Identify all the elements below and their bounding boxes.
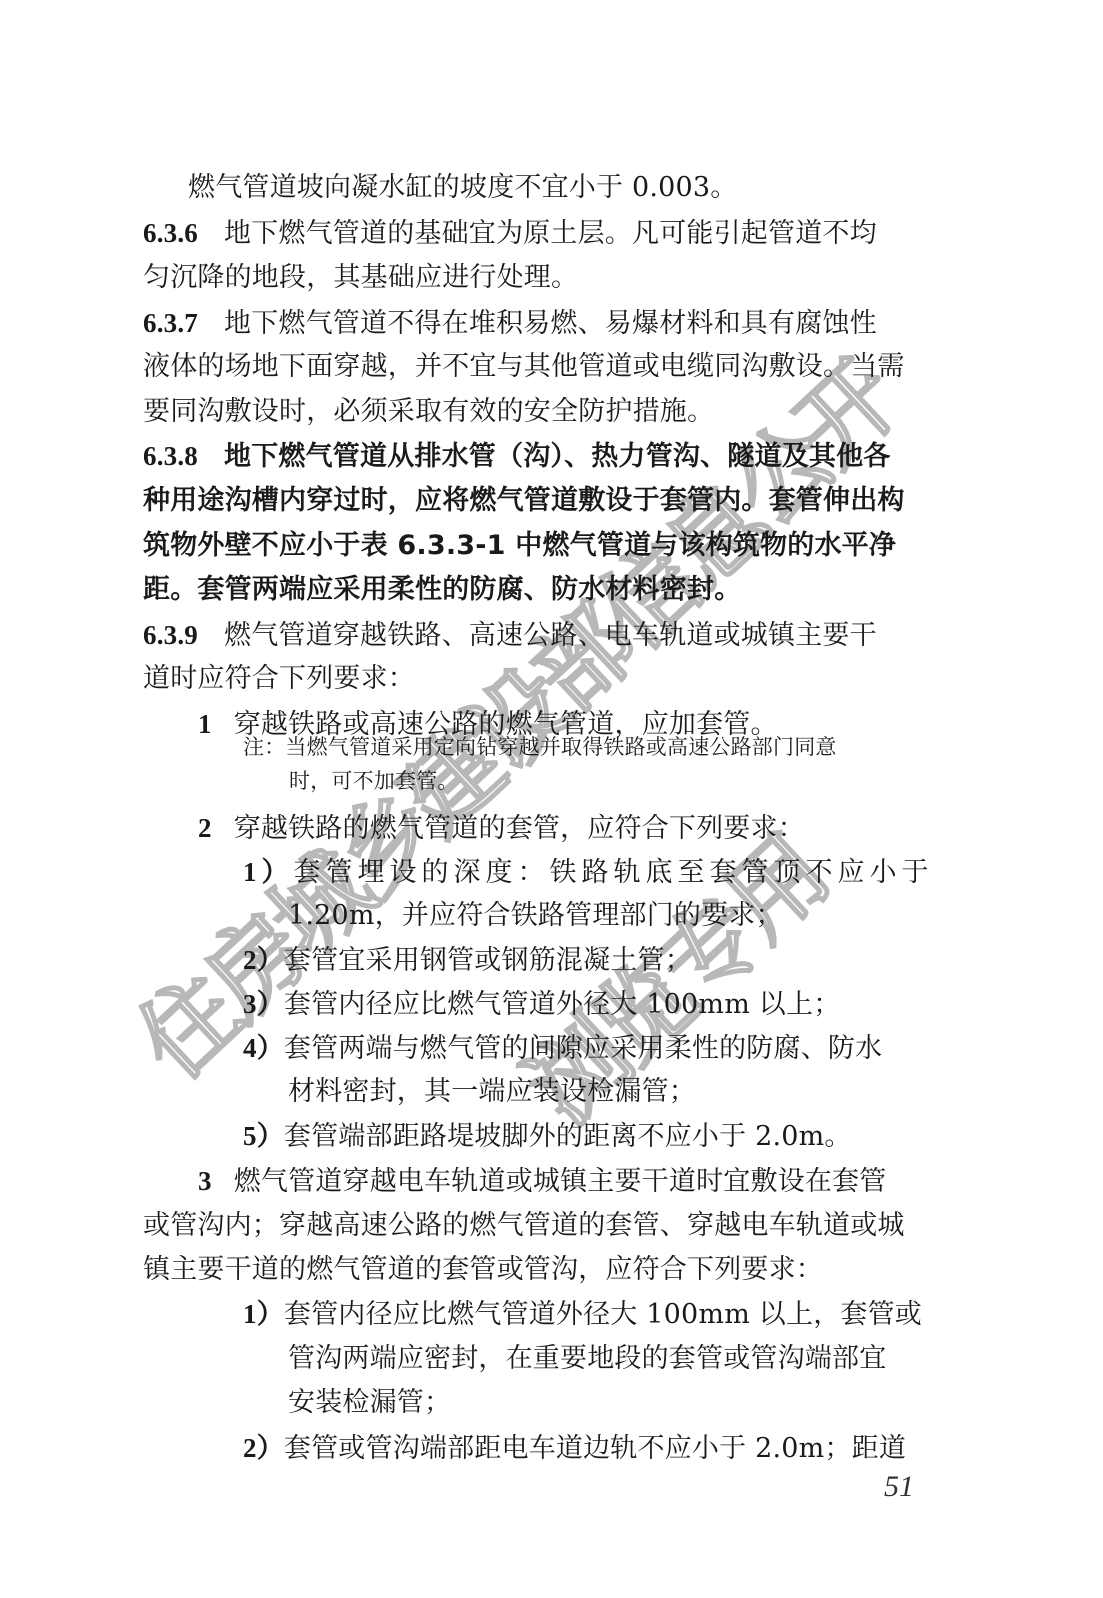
line-text: 套管两端与燃气管的间隙应采用柔性的防腐、防水 — [284, 1033, 882, 1064]
line-text: 种用途沟槽内穿过时，应将燃气管道敷设于套管内。套管伸出构 — [143, 485, 905, 516]
clause-6-3-7: 6.3.7地下燃气管道不得在堆积易燃、易爆材料和具有腐蚀性 — [143, 307, 943, 340]
sub-item-5: 5）套管端部距路堤坡脚外的距离不应小于 2.0m。 — [243, 1120, 1043, 1153]
line-text: 道时应符合下列要求： — [143, 663, 415, 694]
paragraph-line: 燃气管道坡向凝水缸的坡度不宜小于 0.003。 — [188, 172, 988, 204]
paragraph-line: 距。套管两端应采用柔性的防腐、防水材料密封。 — [143, 574, 943, 606]
item-number: 1） — [243, 857, 294, 887]
line-text: 套管内径应比燃气管道外径大 100mm 以上，套管或 — [284, 1299, 922, 1330]
paragraph-line: 要同沟敷设时，必须采取有效的安全防护措施。 — [143, 396, 943, 428]
line-text: 匀沉降的地段，其基础应进行处理。 — [143, 262, 578, 293]
line-text: 或管沟内；穿越高速公路的燃气管道的套管、穿越电车轨道或城 — [143, 1210, 905, 1241]
line-text: 地下燃气管道的基础宜为原土层。凡可能引起管道不均 — [224, 218, 877, 249]
item-number: 2 — [198, 813, 212, 843]
sub-item-2: 2）套管或管沟端部距电车道边轨不应小于 2.0m；距道 — [243, 1432, 1043, 1465]
document-page: 住房城乡建设部信息公开 浏览专用 燃气管道坡向凝水缸的坡度不宜小于 0.003。… — [0, 0, 1103, 1598]
sub-item-1: 1）套管埋设的深度：铁路轨底至套管顶不应小于 — [243, 856, 1043, 889]
paragraph-line: 镇主要干道的燃气管道的套管或管沟，应符合下列要求： — [143, 1254, 943, 1286]
paragraph-line: 或管沟内；穿越高速公路的燃气管道的套管、穿越电车轨道或城 — [143, 1210, 943, 1242]
note-label: 注： — [243, 735, 285, 759]
line-text: 燃气管道坡向凝水缸的坡度不宜小于 0.003。 — [188, 172, 737, 203]
item-number: 1 — [198, 709, 212, 739]
line-text: 穿越铁路的燃气管道的套管，应符合下列要求： — [234, 813, 805, 844]
paragraph-line: 液体的场地下面穿越，并不宜与其他管道或电缆同沟敷设。当需 — [143, 351, 943, 383]
clause-6-3-6: 6.3.6地下燃气管道的基础宜为原土层。凡可能引起管道不均 — [143, 217, 943, 250]
line-text: 套管或管沟端部距电车道边轨不应小于 2.0m；距道 — [284, 1433, 906, 1464]
line-text: 镇主要干道的燃气管道的套管或管沟，应符合下列要求： — [143, 1254, 823, 1285]
line-text: 筑物外壁不应小于表 6.3.3-1 中燃气管道与该构筑物的水平净 — [143, 530, 896, 561]
clause-number: 6.3.7 — [143, 308, 198, 338]
line-text: 燃气管道穿越电车轨道或城镇主要干道时宜敷设在套管 — [234, 1166, 887, 1197]
line-text: 套管埋设的深度：铁路轨底至套管顶不应小于 — [294, 857, 934, 888]
item-number: 4） — [243, 1033, 284, 1063]
item-number: 3 — [198, 1166, 212, 1196]
paragraph-line: 匀沉降的地段，其基础应进行处理。 — [143, 262, 943, 294]
line-text: 材料密封，其一端应装设检漏管； — [288, 1076, 696, 1107]
sub-item-continuation: 安装检漏管； — [288, 1387, 1088, 1419]
line-text: 套管宜采用钢管或钢筋混凝土管； — [284, 945, 692, 976]
line-text: 地下燃气管道从排水管（沟）、热力管沟、隧道及其他各 — [224, 441, 891, 472]
item-number: 2） — [243, 1433, 284, 1463]
clause-number: 6.3.8 — [143, 441, 198, 471]
item-number: 5） — [243, 1121, 284, 1151]
line-text: 套管内径应比燃气管道外径大 100mm 以上； — [284, 989, 841, 1020]
list-item-2: 2穿越铁路的燃气管道的套管，应符合下列要求： — [198, 812, 998, 845]
sub-item-1: 1）套管内径应比燃气管道外径大 100mm 以上，套管或 — [243, 1298, 1043, 1331]
note: 注：当燃气管道采用定向钻穿越并取得铁路或高速公路部门同意 — [243, 734, 1043, 760]
list-item-3: 3燃气管道穿越电车轨道或城镇主要干道时宜敷设在套管 — [198, 1165, 998, 1198]
clause-number: 6.3.9 — [143, 620, 198, 650]
paragraph-line: 筑物外壁不应小于表 6.3.3-1 中燃气管道与该构筑物的水平净 — [143, 530, 943, 562]
line-text: 安装检漏管； — [288, 1387, 451, 1418]
sub-item-continuation: 1.20m，并应符合铁路管理部门的要求； — [288, 900, 1088, 932]
sub-item-4: 4）套管两端与燃气管的间隙应采用柔性的防腐、防水 — [243, 1032, 1043, 1065]
item-number: 1） — [243, 1299, 284, 1329]
line-text: 地下燃气管道不得在堆积易燃、易爆材料和具有腐蚀性 — [224, 308, 877, 339]
sub-item-2: 2）套管宜采用钢管或钢筋混凝土管； — [243, 944, 1043, 977]
paragraph-line: 道时应符合下列要求： — [143, 663, 943, 695]
line-text: 要同沟敷设时，必须采取有效的安全防护措施。 — [143, 396, 714, 427]
item-number: 2） — [243, 945, 284, 975]
sub-item-continuation: 材料密封，其一端应装设检漏管； — [288, 1076, 1088, 1108]
note-continuation: 时，可不加套管。 — [289, 768, 1089, 794]
line-text: 当燃气管道采用定向钻穿越并取得铁路或高速公路部门同意 — [285, 735, 836, 759]
line-text: 燃气管道穿越铁路、高速公路、电车轨道或城镇主要干 — [224, 620, 877, 651]
line-text: 套管端部距路堤坡脚外的距离不应小于 2.0m。 — [284, 1121, 852, 1152]
line-text: 管沟两端应密封，在重要地段的套管或管沟端部宜 — [288, 1343, 886, 1374]
line-text: 时，可不加套管。 — [289, 769, 459, 793]
clause-6-3-9: 6.3.9燃气管道穿越铁路、高速公路、电车轨道或城镇主要干 — [143, 619, 943, 652]
line-text: 液体的场地下面穿越，并不宜与其他管道或电缆同沟敷设。当需 — [143, 351, 905, 382]
page-number: 51 — [884, 1470, 914, 1504]
sub-item-continuation: 管沟两端应密封，在重要地段的套管或管沟端部宜 — [288, 1343, 1088, 1375]
clause-number: 6.3.6 — [143, 218, 198, 248]
item-number: 3） — [243, 989, 284, 1019]
clause-6-3-8: 6.3.8地下燃气管道从排水管（沟）、热力管沟、隧道及其他各 — [143, 440, 943, 473]
line-text: 距。套管两端应采用柔性的防腐、防水材料密封。 — [143, 574, 741, 605]
line-text: 1.20m，并应符合铁路管理部门的要求； — [288, 900, 783, 931]
paragraph-line: 种用途沟槽内穿过时，应将燃气管道敷设于套管内。套管伸出构 — [143, 485, 943, 517]
sub-item-3: 3）套管内径应比燃气管道外径大 100mm 以上； — [243, 988, 1043, 1021]
